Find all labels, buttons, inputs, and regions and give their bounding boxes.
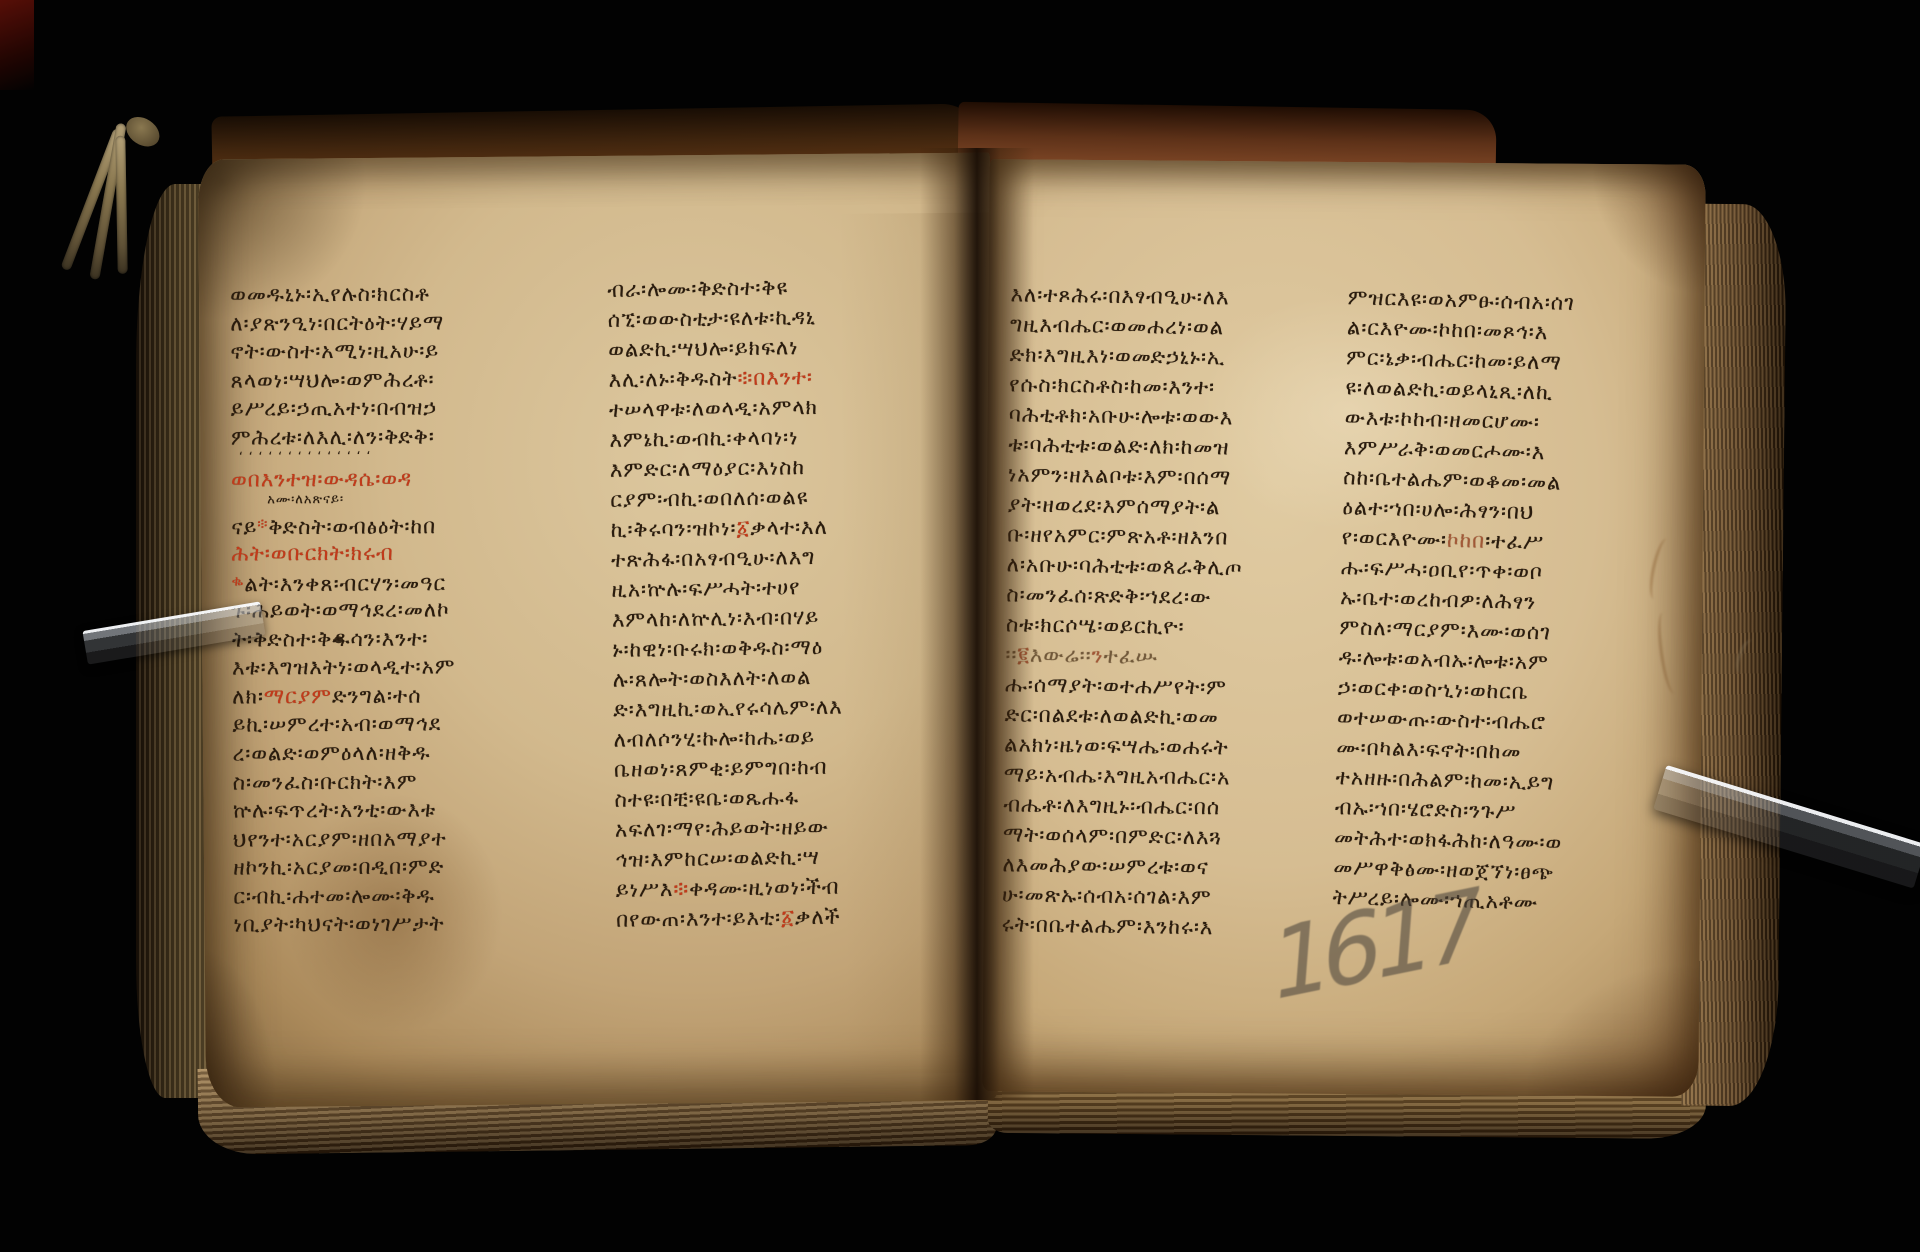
manuscript-line: ብራ፡ሎሙ፡ቅድስተ፡ቅዩ <box>607 270 963 305</box>
ink-text: እውሬ፡፡ <box>1030 643 1092 668</box>
ink-text: ኃ፡ወርቀ፡ወስኂነ፡ወከርቤ <box>1338 675 1529 704</box>
ink-text: ምስለ፡ማርያም፡እሙ፡ወሰገ <box>1339 615 1551 644</box>
ink-text: ቱ፡ባሕቲቱ፡ወልድ፡ለክ፡ከመዝ <box>1008 432 1229 459</box>
ink-text: ነአምን፡ዘእልቦቱ፡እም፡በሰማ <box>1008 462 1232 489</box>
ink-text: ስ፡መንፈሰ፡ጽድቅ፡ኀደረ፡ው <box>1006 582 1211 609</box>
manuscript-line: ስቱ፡ክርሶሤ፡ወይርኪዮ፡ <box>1006 609 1328 643</box>
manuscript-line: ዚአ፡ኵሉ፡ፍሥሓት፡ተሀየ <box>611 570 967 605</box>
ink-text: ስከ፡ቤተልሔም፡ወቆመ፡መል <box>1343 465 1562 495</box>
rubric-text: ወበእንተዝ፡ውዳሴ፡ወዳ <box>231 466 412 491</box>
ink-text: ቅድስት፡ወብፅዕት፡ከበ <box>268 514 436 539</box>
manuscript-line: አፍለገ፡ማየ፡ሕይወት፡ዘይው <box>615 810 971 845</box>
ink-text: ዘኮንኪ፡አርያመ፡በዲበ፡ምድ <box>233 855 444 880</box>
ink-text: ቃለች <box>795 905 841 930</box>
rubric-text: ፩ <box>736 516 750 540</box>
ink-text: ቃላተ፡እለ <box>750 515 828 540</box>
ink-text: እለ፡ተጾሕሩ፡በእፃብዒሁ፡ለእ <box>1010 282 1229 309</box>
manuscript-line: ማት፡ወሰላም፡በምድር፡ለእጓ <box>1003 819 1325 853</box>
manuscript-line: ስ፡መንፈሰ፡ጽድቅ፡ኀደረ፡ው <box>1006 579 1328 613</box>
ink-text: ባሕቲቶክ፡አቡሁ፡ሎቱ፡ወውእ <box>1009 402 1234 429</box>
manuscript-line: እሊ፡ለኑ፡ቅዱስት፨በእንተ፡ <box>608 360 964 395</box>
manuscript-line: ት፡ቅድስተ፡ቅዱሳን፡እንተ፡ <box>232 623 584 653</box>
ink-text: እምድር፡ለማዕያር፡እነስከ <box>610 455 805 482</box>
ink-text: ኅዝ፡እምከርሠ፡ወልድኪ፡ሣ <box>615 845 820 872</box>
ink-text: የሱስ፡ክርስቶስ፡ከመ፡እንተ፡ <box>1009 372 1215 399</box>
ink-text: ወተሠውጡ፡ውስተ፡ብሔሮ <box>1337 705 1546 734</box>
manuscript-line: ሰኚ፡ወውስቲታ፡ዩለቱ፡ኪዳኒ <box>608 300 964 335</box>
manuscript-line: ልአክነ፡ዜነወ፡ፍሣሔ፡ወሐሩት <box>1004 729 1326 763</box>
ink-text: ምሕረቱ፡ለእሊ፡ለን፡ቅድቅ፡ <box>231 424 435 449</box>
manuscript-line: እምኔኪ፡ወብኪ፡ቀላባነ፡ነ <box>609 420 965 455</box>
text-column-4: ምዝርእዩ፡ወአምፁ፡ሰብአ፡ሰገል፡ርእዮሙ፡ኮከበ፡መጾኅ፡እምር፡ኔቃ፡ብ… <box>1332 282 1672 920</box>
ink-text: ለ፡ያጽንዒነ፡በርትዕት፡ሃይማ <box>230 310 444 335</box>
ink-text: ምዝርእዩ፡ወአምፁ፡ሰብአ፡ሰገ <box>1348 285 1576 315</box>
ink-text: ቡ፡ዘየአምር፡ምጽአቶ፡ዘእንበ <box>1007 522 1229 549</box>
book-gutter-shadow <box>920 148 1034 1100</box>
text-column-3: እለ፡ተጾሕሩ፡በእፃብዒሁ፡ለእግዚእብሔር፡ወመሐረነ፡ወልድክ፡እግዚእነ… <box>1002 279 1333 943</box>
manuscript-line: ቡ፡ዘየአምር፡ምጽአቶ፡ዘእንበ <box>1007 519 1329 553</box>
ink-text: እምኔኪ፡ወብኪ፡ቀላባነ፡ነ <box>609 425 798 452</box>
manuscript-line: ይኪ፡ሠምረተ፡አብ፡ወማኅደ <box>232 709 584 739</box>
manuscript-line: ረ፡ወልድ፡ወምዕላለ፡ዘቅዱ <box>232 738 584 768</box>
manuscript-line: የሱስ፡ክርስቶስ፡ከመ፡እንተ፡ <box>1009 369 1331 403</box>
manuscript-line: ምሕረቱ፡ለእሊ፡ለን፡ቅድቅ፡ <box>231 422 583 452</box>
ink-text: ለብለሶንሂ፡ኩሎ፡ከሔ፡ወይ <box>614 725 816 752</box>
ink-text: በየውጠ፡እንተ፡ይእቲ፡ <box>616 905 781 931</box>
rubric-text: ኮከበ <box>1447 528 1486 553</box>
manuscript-line: ለብለሶንሂ፡ኩሎ፡ከሔ፡ወይ <box>613 720 969 755</box>
manuscript-photo: ወመዱኒኑ፡ኢየሉስ፡ክርስቶለ፡ያጽንዒነ፡በርትዕት፡ሃይማኖት፡ውስተ፡አ… <box>0 0 1920 1252</box>
manuscript-line: ተጽሕፋ፡በአፃብዒሁ፡ለእግ <box>611 540 967 575</box>
ink-text: ልአክነ፡ዜነወ፡ፍሣሔ፡ወሐሩት <box>1004 732 1229 759</box>
ink-text: ግዚእብሔር፡ወመሐረነ፡ወል <box>1010 312 1224 339</box>
ink-text: ተፈሡ <box>1103 644 1157 669</box>
ink-text: እቱ፡እግዝእትነ፡ወላዲተ፡አም <box>232 655 455 680</box>
ink-text: ኪ፡ቅሩባን፡ዝኮነ፡ <box>611 516 737 542</box>
manuscript-line: ነአምን፡ዘእልቦቱ፡እም፡በሰማ <box>1008 459 1330 493</box>
manuscript-line: ቈልት፡እንቀጸ፡ብርሃን፡መዓር <box>232 566 584 596</box>
manuscript-line: እለ፡ተጾሕሩ፡በእፃብዒሁ፡ለእ <box>1010 279 1332 313</box>
ink-text: አሙ፡ለአጽናይ፡ <box>267 492 344 507</box>
ink-text: ሑ፡ፍሥሓ፡ዐቢየ፡ጥቀ፡ወቦ <box>1341 555 1544 584</box>
ink-text: ተሠላዋቱ፡ለወላዲ፡አምላክ <box>609 395 818 422</box>
manuscript-line: ያት፡ዘወረደ፡እምሰማያት፡ል <box>1007 489 1329 523</box>
manuscript-line: ኅዝ፡እምከርሠ፡ወልድኪ፡ሣ <box>615 840 971 875</box>
ink-text: ኑ፡ከዊነ፡ቡሩክ፡ወቅዱስ፡ማዕ <box>612 635 823 662</box>
manuscript-line: ወመዱኒኑ፡ኢየሉስ፡ክርስቶ <box>230 279 582 309</box>
corner-reflection <box>0 0 34 90</box>
manuscript-line: ዘኮንኪ፡አርያመ፡በዲበ፡ምድ <box>233 852 585 882</box>
ink-text: ናይ <box>231 515 257 539</box>
ink-text: ለ፡አቡሁ፡ባሕቲቱ፡ወጰራቅሊጦ <box>1007 552 1243 579</box>
rubric-text: ፨ <box>257 517 268 533</box>
ink-text: ይኪ፡ሠምረተ፡አብ፡ወማኅደ <box>232 712 441 737</box>
manuscript-line: ኖት፡ውስተ፡አሚነ፡ዚአሁ፡ይ <box>230 336 582 366</box>
manuscript-line: ድክ፡እግዚእነ፡ወመድኃኒኑ፡ኢ <box>1009 339 1331 373</box>
manuscript-line: ኑ፡ከዊነ፡ቡሩክ፡ወቅዱስ፡ማዕ <box>612 630 968 665</box>
manuscript-line: ድር፡በልደቱ፡ለወልድኪ፡ወመ <box>1004 699 1326 733</box>
ink-text: ብሔቶ፡ለእግዚኑ፡ብሔር፡በሰ <box>1003 792 1220 819</box>
ink-text: ማት፡ወሰላም፡በምድር፡ለእጓ <box>1003 822 1222 849</box>
right-page: እለ፡ተጾሕሩ፡በእፃብዒሁ፡ለእግዚእብሔር፡ወመሐረነ፡ወልድክ፡እግዚእነ… <box>982 159 1705 1097</box>
ink-text: ሙ፡በካልእ፡ፍኖት፡በከመ <box>1336 735 1522 764</box>
manuscript-line: ኪ፡ቅሩባን፡ዝኮነ፡፩ቃላተ፡እለ <box>611 510 967 545</box>
ink-text: ሰኚ፡ወውስቲታ፡ዩለቱ፡ኪዳኒ <box>608 305 816 332</box>
manuscript-line: ለ፡ያጽንዒነ፡በርትዕት፡ሃይማ <box>230 307 582 337</box>
ink-text: ወመዱኒኑ፡ኢየሉስ፡ክርስቶ <box>230 282 430 307</box>
ink-text: ያት፡ዘወረደ፡እምሰማያት፡ል <box>1007 492 1220 519</box>
manuscript-line: ርያም፡ብኪ፡ወበለሰ፡ወልዩ <box>610 480 966 515</box>
ink-text: ወልድኪ፡ሣህሎ፡ይክፍለነ <box>608 335 799 362</box>
interlinear-gloss: አሙ፡ለአጽናይ፡ <box>231 492 583 511</box>
ink-text: ህየንተ፡አርያም፡ዘበአማያተ <box>233 826 447 851</box>
manuscript-line: ር፡ብኪ፡ሐተመ፡ሎሙ፡ቅዱ <box>233 881 585 911</box>
left-page: ወመዱኒኑ፡ኢየሉስ፡ክርስቶለ፡ያጽንዒነ፡በርትዕት፡ሃይማኖት፡ውስተ፡አ… <box>198 153 998 1108</box>
ink-text: ተጽሕፋ፡በአፃብዒሁ፡ለእግ <box>611 545 816 572</box>
ink-text: ኖት፡ውስተ፡አሚነ፡ዚአሁ፡ይ <box>230 339 439 364</box>
ink-text: ኵሉ፡ፍጥረት፡አንቲ፡ውእቱ <box>233 798 436 823</box>
manuscript-line: እምድር፡ለማዕያር፡እነስከ <box>610 450 966 485</box>
manuscript-line: ድ፡እግዚኪ፡ወኢየሩሳሌም፡ለእ <box>613 690 969 725</box>
rubric-text: ፨በእንተ፡ <box>737 365 813 390</box>
ink-text: ለክ፡ <box>232 684 264 708</box>
rubric-text: ቈ <box>232 574 245 590</box>
ink-text: ስተዩ፡በቺ፡ዩቤ፡ወጼሑፋ <box>614 785 799 812</box>
manuscript-line: ነቢያት፡ካህናት፡ወነገሥታት <box>233 909 585 939</box>
ink-text: ነቢያት፡ካህናት፡ወነገሥታት <box>233 912 444 937</box>
manuscript-line: ወልድኪ፡ሣህሎ፡ይክፍለነ <box>608 330 964 365</box>
ink-text: ረ፡ወልድ፡ወምዕላለ፡ዘቅዱ <box>233 740 431 765</box>
manuscript-line: ባሕቲቶክ፡አቡሁ፡ሎቱ፡ወውእ <box>1009 399 1331 433</box>
ink-text: ዩ፡ለወልድኪ፡ወይላኒጺ፡ለኪ <box>1345 375 1553 404</box>
ink-text: ብራ፡ሎሙ፡ቅድስተ፡ቅዩ <box>607 275 788 302</box>
manuscript-line: ተሠላዋቱ፡ለወላዲ፡አምላክ <box>609 390 965 425</box>
ink-text: ር፡ብኪ፡ሐተመ፡ሎሙ፡ቅዱ <box>233 883 434 908</box>
ink-text: ውእቱ፡ኮከብ፡ዘመርሆሙ፡ <box>1345 405 1541 434</box>
manuscript-line: ለእመሕያው፡ሠምረቱ፡ወና <box>1002 849 1324 883</box>
ink-text: ብኡ፡ኀበ፡ሄሮድስ፡ንጉሥ <box>1335 795 1517 824</box>
ink-text: ልት፡እንቀጸ፡ብርሃን፡መዓር <box>244 572 446 597</box>
ink-text: ምር፡ኔቃ፡ብሔር፡ከመ፡ይለማ <box>1346 345 1562 374</box>
ink-text: እምላከ፡ለኵሊነ፡እብ፡በሃይ <box>612 605 820 632</box>
manuscript-line: ብሔቶ፡ለእግዚኑ፡ብሔር፡በሰ <box>1003 789 1325 823</box>
manuscript-line: ቤዘወነ፡ጸምቂ፡ይምግበ፡ከብ <box>614 750 970 785</box>
rubric-text: ሕት፡ወቡርክት፡ክሩብ <box>231 540 393 565</box>
ink-text: እሊ፡ለኑ፡ቅዱስት <box>608 366 737 392</box>
text-column-1: ወመዱኒኑ፡ኢየሉስ፡ክርስቶለ፡ያጽንዒነ፡በርትዕት፡ሃይማኖት፡ውስተ፡አ… <box>230 279 585 940</box>
manuscript-line: ናይ፨ቅድስት፡ወብፅዕት፡ከበ <box>231 509 583 539</box>
ink-text: ሉ፡ጸሎት፡ወስእለት፡ለወል <box>613 665 812 692</box>
ink-text: ድ፡እግዚኪ፡ወኢየሩሳሌም፡ለእ <box>613 695 843 722</box>
text-column-2: ብራ፡ሎሙ፡ቅድስተ፡ቅዩሰኚ፡ወውስቲታ፡ዩለቱ፡ኪዳኒወልድኪ፡ሣህሎ፡ይክ… <box>607 270 972 935</box>
manuscript-line: ፡፡፪እውሬ፡፡ንተፈሡ <box>1005 639 1327 673</box>
manuscript-line: ወበእንተዝ፡ውዳሴ፡ወዳ <box>231 463 583 493</box>
ink-text: ዕልተ፡ኀበ፡ሀሎ፡ሕፃን፡በህ <box>1342 495 1534 524</box>
manuscript-line: ሕት፡ወቡርክት፡ክሩብ <box>231 537 583 567</box>
ink-text: ʻʻʻʻʻʻʻʻʻʻʻʻʻʻ <box>239 448 376 463</box>
ink-text: እምሥራቅ፡ወመርሖሙ፡እ <box>1344 435 1546 464</box>
ink-text: ዱ፡ሎቱ፡ወአብኡ፡ሎቱ፡አም <box>1338 645 1549 674</box>
ink-text: ስ፡መንፈስ፡ቡርክት፡እም <box>233 769 418 794</box>
ink-text: ድር፡በልደቱ፡ለወልድኪ፡ወመ <box>1005 702 1219 729</box>
ink-text: ቤዘወነ፡ጸምቂ፡ይምግበ፡ከብ <box>614 755 828 782</box>
manuscript-line: ግዚእብሔር፡ወመሐረነ፡ወል <box>1010 309 1332 343</box>
ink-text: ሑ፡ሰማያት፡ወተሐሥየት፡ም <box>1005 672 1227 699</box>
ink-text: ድክ፡እግዚእነ፡ወመድኃኒኑ፡ኢ <box>1010 342 1226 369</box>
ink-text: መትሕተ፡ወክፋሕከ፡ለዓሙ፡ወ <box>1334 825 1563 855</box>
manuscript-line: ማይ፡አብሔ፡እግዚአብሔር፡አ <box>1004 759 1326 793</box>
manuscript-line: ሑ፡ሰማያት፡ወተሐሥየት፡ም <box>1005 669 1327 703</box>
cord-strand <box>115 136 127 274</box>
ink-text: ፡ተፈሥ <box>1485 529 1544 554</box>
ink-text: የ፡ወርእዮሙ፡ <box>1341 525 1447 552</box>
ink-text: ይነሥእ <box>616 877 674 902</box>
ink-text: ቀዳሙ፡ዚነወነ፡ችብ <box>689 875 840 901</box>
manuscript-line: ይሥረይ፡ኃጢአተነ፡በብዝኃ <box>231 393 583 423</box>
manuscript-line: ለክ፡ማርያምድንግል፡ተሰ <box>232 680 584 710</box>
ink-text: ተአዘዙ፡በሕልም፡ከመ፡ኢይግ <box>1335 765 1554 795</box>
manuscript-line: ስተዩ፡በቺ፡ዩቤ፡ወጼሑፋ <box>614 780 970 815</box>
manuscript-line: እቱ፡እግዝእትነ፡ወላዲተ፡አም <box>232 652 584 682</box>
manuscript-line: ስ፡መንፈስ፡ቡርክት፡እም <box>233 766 585 796</box>
manuscript-line: ኵሉ፡ፍጥረት፡አንቲ፡ውእቱ <box>233 795 585 825</box>
manuscript-line: ጉ፡ሕይወት፡ወማኅደረ፡መለኮ <box>232 595 584 625</box>
ink-text: ማይ፡አብሔ፡እግዚአብሔር፡አ <box>1004 762 1231 789</box>
ink-text: አፍለገ፡ማየ፡ሕይወት፡ዘይው <box>615 815 829 842</box>
rubric-text: ፩ <box>781 905 795 929</box>
rubric-text: ን <box>1091 644 1103 668</box>
rubric-text: ፨ <box>673 877 689 901</box>
cord-knot <box>121 111 165 153</box>
ink-text: ይሥረይ፡ኃጢአተነ፡በብዝኃ <box>231 396 437 421</box>
manuscript-line: እምላከ፡ለኵሊነ፡እብ፡በሃይ <box>612 600 968 635</box>
manuscript-line: ሉ፡ጸሎት፡ወስእለት፡ለወል <box>613 660 969 695</box>
ink-text: ጸላወነ፡ሣህሎ፡ወምሕረቶ፡ <box>231 367 435 392</box>
manuscript-line: ህየንተ፡አርያም፡ዘበአማያተ <box>233 823 585 853</box>
ink-text: ድንግል፡ተሰ <box>332 683 422 707</box>
manuscript-line: ይነሥእ፨ቀዳሙ፡ዚነወነ፡ችብ <box>616 870 972 905</box>
rubric-text: ማርያም <box>264 684 332 708</box>
ink-text: ዚአ፡ኵሉ፡ፍሥሓት፡ተሀየ <box>611 575 800 602</box>
ink-text: ኡ፡ቤተ፡ወረከብዎ፡ለሕፃን <box>1340 585 1537 614</box>
manuscript-line: ቱ፡ባሕቲቱ፡ወልድ፡ለክ፡ከመዝ <box>1008 429 1330 463</box>
ink-text: ል፡ርእዮሙ፡ኮከበ፡መጾኅ፡እ <box>1347 315 1549 344</box>
manuscript-line: በየውጠ፡እንተ፡ይእቲ፡፩ቃለች <box>616 900 972 935</box>
manuscript-line: ጸላወነ፡ሣህሎ፡ወምሕረቶ፡ <box>231 365 583 395</box>
manuscript-line: ለ፡አቡሁ፡ባሕቲቱ፡ወጰራቅሊጦ <box>1007 549 1329 583</box>
ink-text: ጉ፡ሕይወት፡ወማኅደረ፡መለኮ <box>232 597 450 622</box>
ink-text: ርያም፡ብኪ፡ወበለሰ፡ወልዩ <box>610 485 808 512</box>
